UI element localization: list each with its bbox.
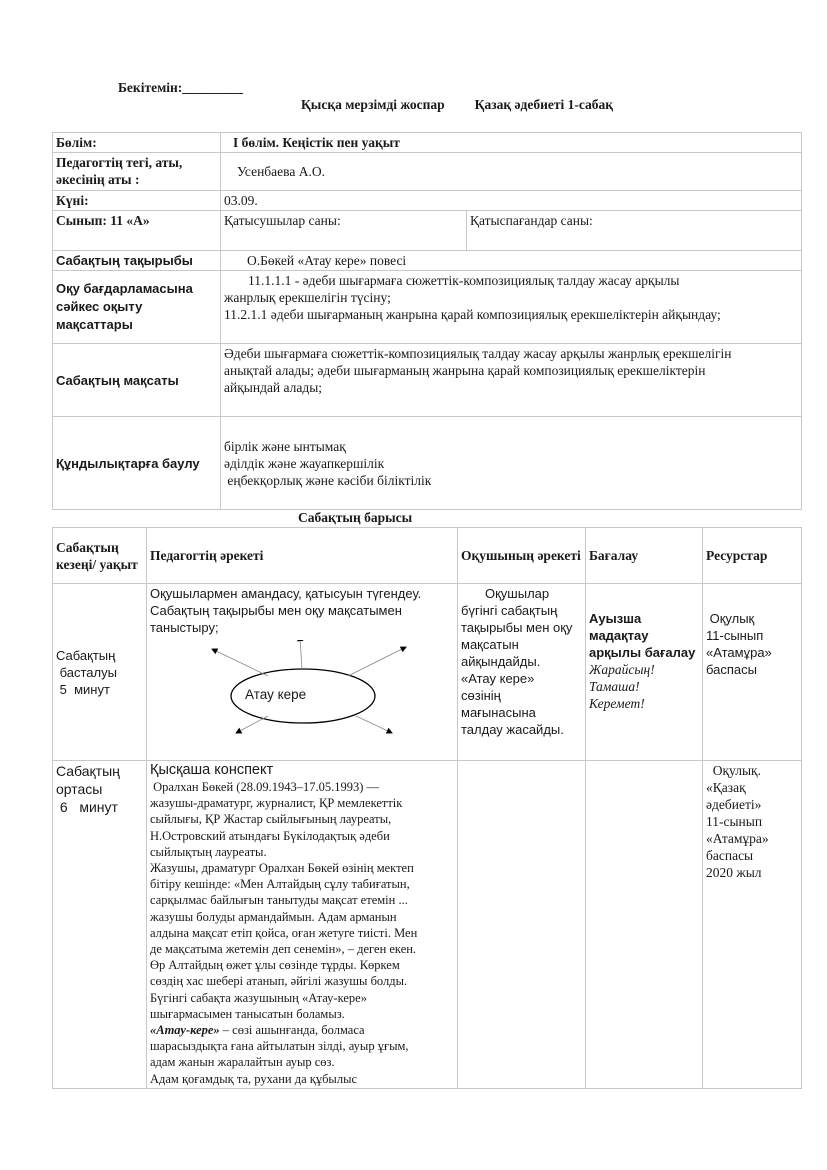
teacher-action-middle: Қысқаша конспект Оралхан Бөкей (28.09.19…	[147, 761, 458, 1089]
section-value: І бөлім. Кеңістік пен уақыт	[221, 133, 802, 153]
resource-line: 2020 жыл	[706, 864, 798, 881]
class-label: Сынып: 11 «А»	[53, 211, 221, 251]
konspekt-line: жазушы-драматург, журналист, ҚР мемлекет…	[150, 795, 454, 811]
subject-title: Қазақ әдебиеті 1-сабақ	[475, 97, 613, 112]
konspekt-line: Бүгінгі сабақта жазушының «Атау-кере»	[150, 990, 454, 1006]
stage-line: 6 минут	[56, 798, 143, 816]
header-resources: Ресурстар	[703, 528, 802, 584]
teacher-value: Усенбаева А.О.	[221, 153, 802, 191]
assessment-method-line: арқылы бағалау	[589, 644, 699, 661]
resources-start: Оқулық11-сынып«Атамұра»баспасы	[703, 584, 802, 761]
present-count-label: Қатысушылар саны:	[221, 211, 467, 251]
plan-title: Қысқа мерзімді жоспар	[301, 97, 445, 112]
teacher-action-line: Сабақтың тақырыбы мен оқу мақсатымен	[150, 602, 454, 619]
stage-line: басталуы	[56, 664, 143, 681]
student-action-line: талдау жасайды.	[461, 721, 582, 738]
konspekt-line: шығармасымен танысатын боламыз.	[150, 1006, 454, 1022]
stage-line: Сабақтың	[56, 762, 143, 780]
stage-line: ортасы	[56, 780, 143, 798]
aim-label: Сабақтың мақсаты	[53, 344, 221, 417]
assessment-method-line: мадақтау	[589, 627, 699, 644]
objective-line: жанрлық ерекшелігін түсіну;	[224, 289, 798, 306]
value-item: әділдік және жауапкершілік	[224, 455, 798, 472]
term-highlight: «Атау-кере»	[150, 1023, 220, 1037]
resource-line: Оқулық.	[706, 762, 798, 779]
lesson-info-table: Бөлім: І бөлім. Кеңістік пен уақыт Педаг…	[52, 132, 802, 510]
mind-map-center-label: Атау кере	[245, 686, 306, 703]
objectives-value: 11.1.1.1 - әдеби шығармаға сюжеттік-комп…	[221, 271, 802, 344]
konspekt-line: сарқылмас байлығын танытуды мақсат етемі…	[150, 892, 454, 908]
stage-line: Сабақтың	[56, 647, 143, 664]
section-label: Бөлім:	[53, 133, 221, 153]
value-item: бірлік және ынтымақ	[224, 438, 798, 455]
konspekt-line: Өр Алтайдың өжет ұлы сөзінде тұрды. Көрк…	[150, 957, 454, 973]
approval-line: Бекітемін:_________	[118, 80, 243, 96]
values-label: Құндылықтарға баулу	[53, 417, 221, 510]
konspekt-line: Адам қоғамдық та, рухани да құбылыс	[150, 1071, 454, 1087]
resources-middle: Оқулық.«Қазақәдебиеті»11-сынып«Атамұра»б…	[703, 761, 802, 1089]
assessment-start: Ауызша мадақтау арқылы бағалау Жарайсың!…	[586, 584, 703, 761]
header-stage: Сабақтың кезеңі/ уақыт	[53, 528, 147, 584]
konspekt-line: жазушы болуды армандаймын. Адам арманын	[150, 909, 454, 925]
konspekt-line: Н.Островский атындағы Бүкілодақтық әдеби	[150, 828, 454, 844]
teacher-action-line: Оқушылармен амандасу, қатысуын түгендеу.	[150, 585, 454, 602]
header-teacher-action: Педагогтің әрекеті	[147, 528, 458, 584]
student-action-start: Оқушылар бүгінгі сабақтың тақырыбы мен о…	[458, 584, 586, 761]
konspekt-text: Оралхан Бөкей (28.09.1943–17.05.1993) — …	[150, 779, 454, 1087]
student-action-line: мағынасына	[461, 704, 582, 721]
konspekt-line: де мақсатыма жетемін деп сенемін», – дег…	[150, 941, 454, 957]
resource-line: әдебиеті»	[706, 796, 798, 813]
lesson-process-title: Сабақтың барысы	[298, 510, 412, 526]
date-label: Күні:	[53, 191, 221, 211]
term-definition-line: «Атау-кере» – сөзі ашынғанда, болмаса	[150, 1022, 454, 1038]
topic-label: Сабақтың тақырыбы	[53, 251, 221, 271]
values-list: бірлік және ынтымақ әділдік және жауапке…	[221, 417, 802, 510]
stage-start: Сабақтың басталуы 5 минут	[53, 584, 147, 761]
konspekt-line: сыйлығы, ҚР Жастар сыйлығының лауреаты,	[150, 811, 454, 827]
konspekt-line: сыйлықтың лауреаты.	[150, 844, 454, 860]
mind-map-diagram: Атау кере	[150, 640, 454, 750]
konspekt-line: адам жанын жаралайтын ауыр сөз.	[150, 1054, 454, 1070]
student-action-line: сөзінің	[461, 687, 582, 704]
aim-value: Әдеби шығармаға сюжеттік-композициялық т…	[221, 344, 802, 417]
header-student-action: Оқушының әрекеті	[458, 528, 586, 584]
resource-line: «Қазақ	[706, 779, 798, 796]
lesson-process-table: Сабақтың кезеңі/ уақыт Педагогтің әрекет…	[52, 527, 802, 1089]
resource-line: 11-сынып	[706, 813, 798, 830]
date-value: 03.09.	[221, 191, 802, 211]
resource-line: 11-сынып	[706, 627, 798, 644]
student-action-line: тақырыбы мен оқу	[461, 619, 582, 636]
stage-line: 5 минут	[56, 681, 143, 698]
student-action-line: «Атау кере»	[461, 670, 582, 687]
resource-line: баспасы	[706, 847, 798, 864]
student-action-middle	[458, 761, 586, 1089]
objectives-label: Оқу бағдарламасына сәйкес оқыту мақсатта…	[53, 271, 221, 344]
stage-middle: Сабақтыңортасы 6 минут	[53, 761, 147, 1089]
resource-line: «Атамұра»	[706, 830, 798, 847]
student-action-line: айқындайды.	[461, 653, 582, 670]
topic-value: О.Бөкей «Атау кере» повесі	[221, 251, 802, 271]
praise-line: Керемет!	[589, 695, 699, 712]
document-title: Қысқа мерзімді жоспарҚазақ әдебиеті 1-са…	[301, 97, 613, 113]
konspekt-line: шарасыздықта ғана айтылатын зілді, ауыр …	[150, 1038, 454, 1054]
student-action-line: Оқушылар	[461, 585, 582, 602]
teacher-label: Педагогтің тегі, аты, әкесінің аты :	[53, 153, 221, 191]
konspekt-line: Оралхан Бөкей (28.09.1943–17.05.1993) —	[150, 779, 454, 795]
student-action-line: мақсатын	[461, 636, 582, 653]
resource-line: Оқулық	[706, 610, 798, 627]
teacher-action-start: Оқушылармен амандасу, қатысуын түгендеу.…	[147, 584, 458, 761]
resource-line: баспасы	[706, 661, 798, 678]
header-assessment: Бағалау	[586, 528, 703, 584]
student-action-line: бүгінгі сабақтың	[461, 602, 582, 619]
assessment-method-line: Ауызша	[589, 610, 699, 627]
konspekt-line: алдына мақсат етіп қойса, оған жетуге ти…	[150, 925, 454, 941]
praise-line: Тамаша!	[589, 678, 699, 695]
objective-line: 11.1.1.1 - әдеби шығармаға сюжеттік-комп…	[224, 272, 798, 289]
term-definition: – сөзі ашынғанда, болмаса	[220, 1023, 365, 1037]
konspekt-line: бітіру кешінде: «Мен Алтайдың сұлу табиғ…	[150, 876, 454, 892]
konspekt-line: сөздің хас шебері атанып, әйгілі жазушы …	[150, 973, 454, 989]
konspekt-title: Қысқаша конспект	[150, 762, 454, 779]
teacher-action-line: таныстыру;	[150, 619, 454, 636]
objective-line: 11.2.1.1 әдеби шығарманың жанрына қарай …	[224, 306, 798, 323]
resource-line: «Атамұра»	[706, 644, 798, 661]
absent-count-label: Қатыспағандар саны:	[467, 211, 802, 251]
value-item: еңбекқорлық және кәсіби біліктілік	[224, 472, 798, 489]
assessment-middle	[586, 761, 703, 1089]
konspekt-line: Жазушы, драматург Оралхан Бөкей өзінің м…	[150, 860, 454, 876]
praise-line: Жарайсың!	[589, 661, 699, 678]
